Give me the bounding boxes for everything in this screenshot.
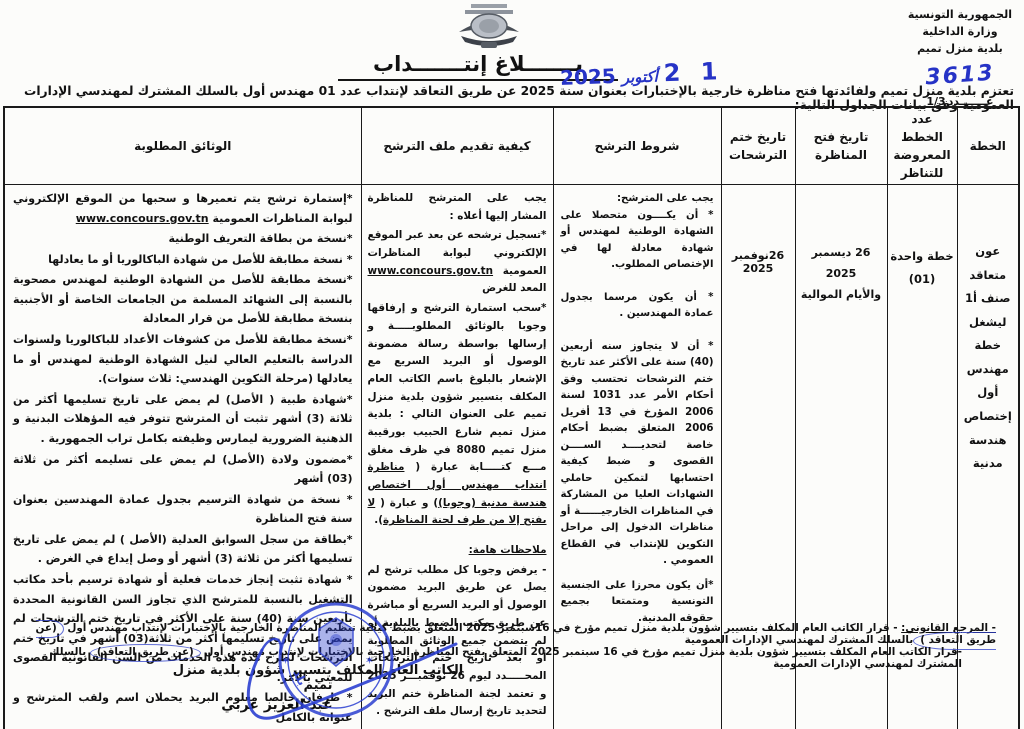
condition-item: * أن يكون مرسما بجدول عمادة المهندسين . <box>561 290 714 323</box>
howto-text: المعد للغرض <box>482 282 546 294</box>
doc-item: *إستمارة ترشح يتم تعميرها و سحبها من الم… <box>13 189 353 228</box>
legal-text: بالسلك المشترك لمهندسي الإدارات العمومية <box>685 634 914 646</box>
signature-icon <box>200 620 490 729</box>
ministry-name: وزارة الداخلية <box>908 23 1012 40</box>
portal-url: www.concours.gov.tn <box>76 212 209 225</box>
col-header-conditions: شروط الترشح <box>553 107 721 185</box>
doc-item: * نسخة مطابقة للأصل من شهادة الباكالوريا… <box>13 250 353 270</box>
col-header-open-date: تاريخ فتح المناظرة <box>795 107 887 185</box>
important-notes-heading: ملاحظات هامة: <box>368 542 547 560</box>
doc-item: * نسخة من شهادة الترسيم بجدول عمادة المه… <box>13 490 353 529</box>
municipality-name: بلدية منزل تميم <box>908 40 1012 57</box>
col-header-post: الخطة <box>957 107 1019 185</box>
col-header-howto: كيفية تقديم ملف الترشح <box>361 107 553 185</box>
doc-item: *نسخة مطابقة للأصل من كشوفات الأعداد للب… <box>13 330 353 389</box>
condition-item: *أن يكون محرزا على الجنسية التونسية ومتم… <box>561 578 714 628</box>
legal-reference-1: - المرجع القانوني: - قرار الكاتب العام ا… <box>6 622 996 646</box>
doc-item: *بطاقة من سجل السوابق العدلية (الأصل ) ل… <box>13 530 353 569</box>
municipality-emblem-icon <box>451 2 527 52</box>
open-date-line1: 26 ديسمبر 2025 <box>799 243 884 285</box>
condition-intro: يجب على المترشح: <box>561 191 714 208</box>
contract-annotation: (عن طريق التعاقد) <box>90 644 201 662</box>
col-header-docs: الوثائق المطلوبة <box>4 107 361 185</box>
howto-item: *سحب استمارة الترشح و إرفاقها وجوبا بالو… <box>368 300 547 530</box>
document-page: الجمهورية التونسية وزارة الداخلية بلدية … <box>0 0 1024 729</box>
howto-intro: يجب على المترشح للمناظرة المشار إليها أع… <box>368 190 547 225</box>
doc-item: *نسخة مطابقة للأصل من الشهادة الوطنية لم… <box>13 270 353 329</box>
country-name: الجمهورية التونسية <box>908 6 1012 23</box>
stamp-day: 2 1 <box>663 57 724 87</box>
condition-item: * أن لا يتجاوز سنه أربعين (40) سنة على ا… <box>561 339 714 570</box>
post-text: عون متعاقد صنف أ1 ليشغل خطة مهندس أول إخ… <box>958 240 1019 476</box>
howto-text: ). <box>374 514 383 526</box>
close-date-text: 26نوفمبر 2025 <box>722 249 795 275</box>
doc-item: *شهادة طبية ( الأصل) لم يمض على تاريخ تس… <box>13 390 353 449</box>
howto-text: *سحب استمارة الترشح و إرفاقها وجوبا بالو… <box>368 302 547 473</box>
condition-item: * أن يكــــون متحصلا على الشهادة الوطنية… <box>561 208 714 274</box>
col-header-close-date: تاريخ ختم الترشحات <box>721 107 795 185</box>
positions-text: خطة واحدة <box>888 245 957 268</box>
open-date-line2: والأيام الموالية <box>799 285 884 306</box>
howto-item: *تسجيل ترشحه عن بعد عبر الموقع الإلكترون… <box>368 227 547 298</box>
doc-item: *نسخة من بطاقة التعريف الوطنية <box>13 229 353 249</box>
doc-item: *مضمون ولادة (الأصل) لم يمض على تسليمه أ… <box>13 450 353 489</box>
table-header-row: الخطة عدد الخطط المعروضة للتناظر تاريخ ف… <box>4 107 1019 185</box>
howto-text: ) و عبارة ( <box>375 497 438 509</box>
portal-url: www.concours.gov.tn <box>368 265 494 277</box>
positions-count: (01) <box>888 268 957 291</box>
col-header-positions: عدد الخطط المعروضة للتناظر <box>887 107 957 185</box>
